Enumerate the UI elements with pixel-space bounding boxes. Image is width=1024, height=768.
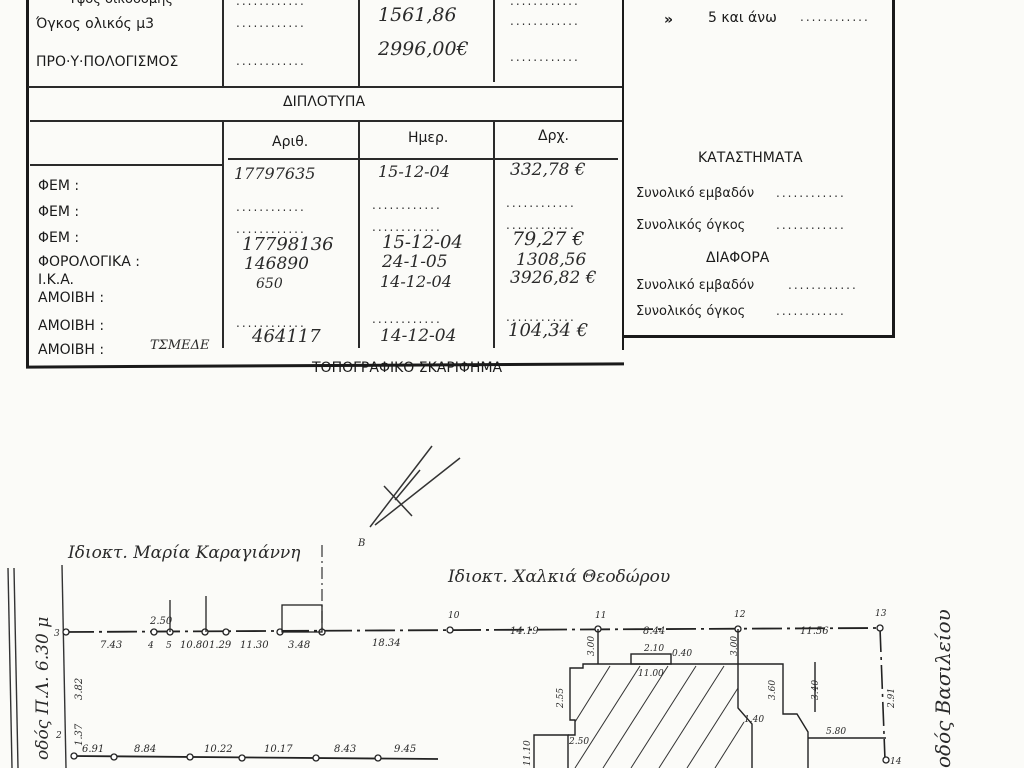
svg-text:8.84: 8.84	[134, 744, 156, 755]
svg-text:3.00: 3.00	[587, 636, 597, 656]
svg-text:18.34: 18.34	[372, 638, 401, 649]
svg-text:10.17: 10.17	[264, 744, 293, 755]
svg-text:11.30: 11.30	[240, 640, 269, 651]
svg-text:1.37: 1.37	[74, 723, 85, 746]
svg-text:3.00: 3.00	[730, 636, 740, 656]
topographic-sketch: Ιδιοκτ. Μαρία Καραγιάννη Ιδιοκτ. Χαλκιά …	[0, 0, 1024, 768]
svg-text:2.91: 2.91	[887, 688, 897, 709]
svg-text:1.29: 1.29	[209, 640, 232, 651]
svg-text:3.82: 3.82	[74, 678, 85, 700]
neighbor-left-label: Ιδιοκτ. Μαρία Καραγιάννη	[67, 543, 301, 563]
svg-text:2.55: 2.55	[556, 688, 566, 709]
svg-text:12: 12	[734, 610, 746, 620]
neighbor-top-label: Ιδιοκτ. Χαλκιά Θεοδώρου	[447, 567, 670, 587]
svg-text:3: 3	[54, 629, 60, 639]
svg-text:14: 14	[890, 757, 902, 767]
svg-text:11.56: 11.56	[800, 626, 829, 637]
street-right-label: οδός Βασιλείου	[931, 609, 955, 768]
svg-text:14.19: 14.19	[510, 626, 539, 637]
svg-text:8.44: 8.44	[643, 626, 665, 637]
svg-text:4: 4	[147, 641, 154, 651]
svg-text:2: 2	[55, 731, 62, 741]
svg-text:10.22: 10.22	[204, 744, 233, 755]
svg-text:9.45: 9.45	[394, 744, 416, 755]
svg-text:10: 10	[448, 611, 460, 621]
svg-text:11.00: 11.00	[638, 669, 664, 679]
svg-text:3.60: 3.60	[768, 680, 778, 700]
svg-text:2.10: 2.10	[643, 644, 664, 654]
street-left-label: οδός Π.Λ. 6.30 μ	[33, 617, 53, 760]
svg-text:0.40: 0.40	[672, 649, 692, 659]
svg-text:11.10: 11.10	[523, 740, 533, 766]
svg-text:3.40: 3.40	[811, 680, 821, 700]
svg-text:3.48: 3.48	[288, 640, 310, 651]
svg-text:2.50: 2.50	[149, 616, 173, 627]
svg-text:2.50: 2.50	[568, 737, 589, 747]
north-arrow-icon	[370, 446, 460, 527]
svg-text:13: 13	[875, 609, 887, 619]
svg-text:10.80: 10.80	[180, 640, 209, 651]
svg-text:6.91: 6.91	[82, 744, 104, 755]
svg-text:7.43: 7.43	[100, 640, 122, 651]
svg-text:Β: Β	[357, 538, 365, 549]
svg-text:11: 11	[595, 611, 606, 621]
svg-text:5.80: 5.80	[826, 727, 846, 737]
svg-text:1.40: 1.40	[744, 715, 764, 725]
svg-text:8.43: 8.43	[334, 744, 356, 755]
svg-text:5: 5	[166, 641, 172, 651]
